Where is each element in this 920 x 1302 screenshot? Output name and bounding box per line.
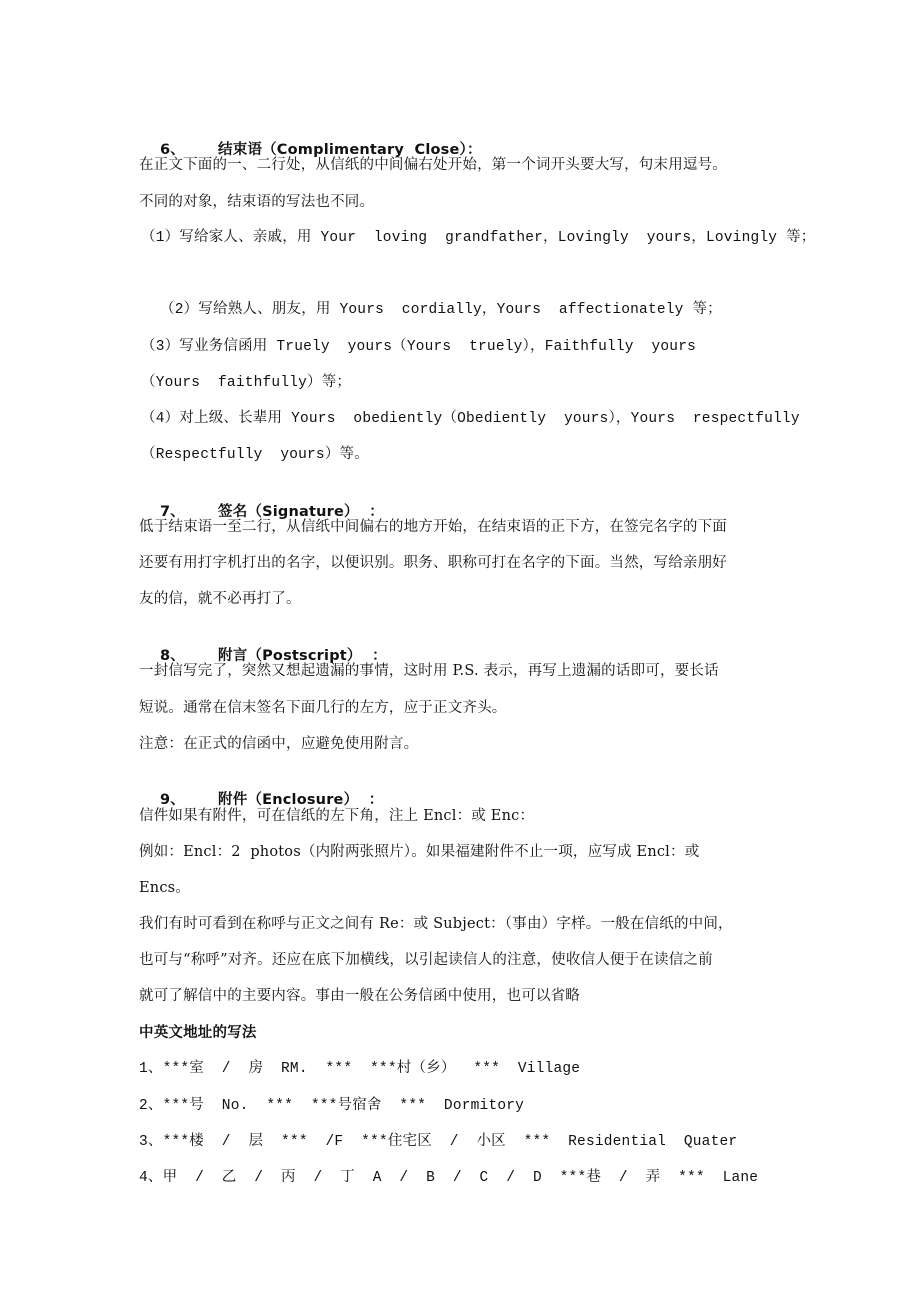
paragraph-line: 友的信，就不必再打了。 xyxy=(139,589,301,609)
address-item: 3、***楼 / 层 *** /F ***住宅区 / 小区 *** Reside… xyxy=(139,1132,737,1152)
paragraph-line: 短说。通常在信末签名下面几行的左方，应于正文齐头。 xyxy=(139,698,507,718)
paragraph-line: 信件如果有附件，可在信纸的左下角，注上 Encl：或 Enc： xyxy=(139,806,534,826)
list-item: （1）写给家人、亲戚，用 Your loving grandfather，Lov… xyxy=(141,228,815,248)
paragraph-line: 一封信写完了，突然又想起遗漏的事情，这时用 P.S. 表示，再写上遗漏的话即可，… xyxy=(139,661,719,681)
paragraph-line: 低于结束语一至二行，从信纸中间偏右的地方开始，在结束语的正下方，在签完名字的下面 xyxy=(139,517,727,537)
paragraph-line: 不同的对象，结束语的写法也不同。 xyxy=(139,192,374,212)
paragraph-line: 例如：Encl：2 photos（内附两张照片）。如果福建附件不止一项，应写成 … xyxy=(139,842,699,862)
paragraph-line: 我们有时可看到在称呼与正文之间有 Re：或 Subject：（事由）字样。一般在… xyxy=(139,914,733,934)
list-item-continuation: （Respectfully yours）等。 xyxy=(141,445,369,465)
paragraph-line: 也可与“称呼”对齐。还应在底下加横线，以引起读信人的注意，使收信人便于在读信之前 xyxy=(139,950,713,970)
address-section-title: 中英文地址的写法 xyxy=(139,1023,257,1043)
list-item: （4）对上级、长辈用 Yours obediently（Obediently y… xyxy=(141,409,800,429)
paragraph-line: 在正文下面的一、二行处，从信纸的中间偏右处开始，第一个词开头要大写，句末用逗号。 xyxy=(139,155,727,175)
list-item: （3）写业务信函用 Truely yours（Yours truely），Fai… xyxy=(141,337,696,357)
list-item-continuation: （Yours faithfully）等； xyxy=(141,373,351,393)
list-item: （2）写给熟人、朋友，用 Yours cordially，Yours affec… xyxy=(160,300,722,320)
address-item: 2、***号 No. *** ***号宿舍 *** Dormitory xyxy=(139,1096,524,1116)
paragraph-line: 就可了解信中的主要内容。事由一般在公务信函中使用，也可以省略 xyxy=(139,986,580,1006)
paragraph-line: Encs。 xyxy=(139,878,190,898)
document-page: 6、结束语（Complimentary Close）： 在正文下面的一、二行处，… xyxy=(0,0,920,1302)
address-item: 4、甲 / 乙 / 丙 / 丁 A / B / C / D ***巷 / 弄 *… xyxy=(139,1168,758,1188)
address-item: 1、***室 / 房 RM. *** ***村（乡） *** Village xyxy=(139,1059,580,1079)
paragraph-line: 还要有用打字机打出的名字，以便识别。职务、职称可打在名字的下面。当然，写给亲朋好 xyxy=(139,553,727,573)
paragraph-line: 注意：在正式的信函中，应避免使用附言。 xyxy=(139,734,418,754)
